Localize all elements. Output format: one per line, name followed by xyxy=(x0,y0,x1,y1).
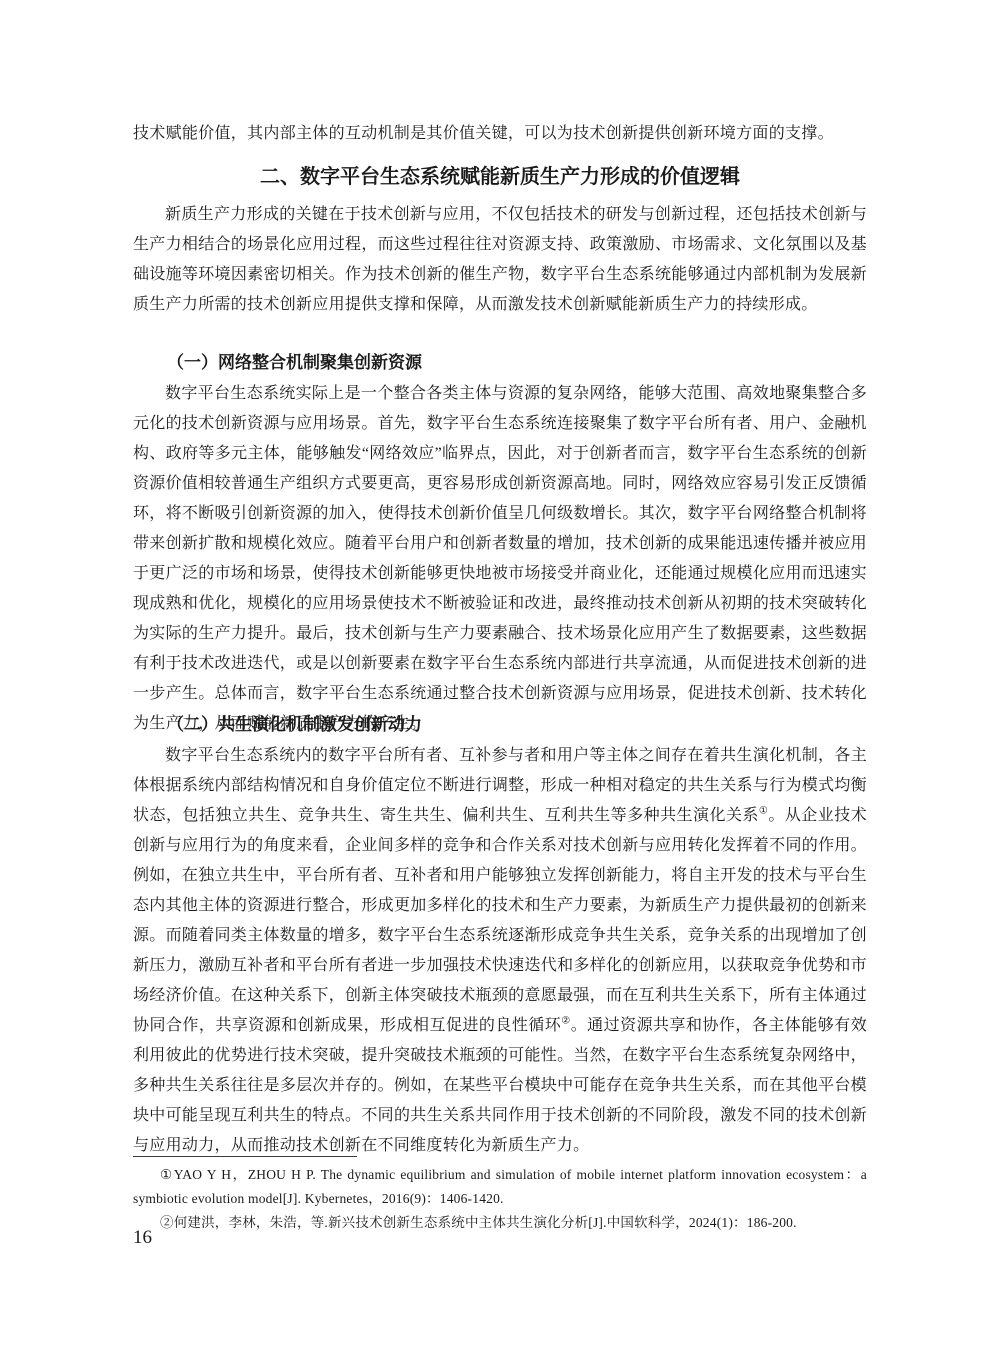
chapter-heading: 二、数字平台生态系统赋能新质生产力形成的价值逻辑 xyxy=(133,162,867,192)
intro-paragraph: 新质生产力形成的关键在于技术创新与应用，不仅包括技术的研发与创新过程，还包括技术… xyxy=(133,200,867,320)
footnote-marker: ② xyxy=(160,1215,174,1230)
page-number: 16 xyxy=(133,1226,152,1250)
paragraph-text: 数字平台生态系统内的数字平台所有者、互补参与者和用户等主体之间存在着共生演化机制… xyxy=(133,747,867,824)
paragraph-text: 。通过资源共享和协作，各主体能够有效利用彼此的优势进行技术突破，提升突破技术瓶颈… xyxy=(133,1017,867,1154)
paragraph-text: 。从企业技术创新与应用行为的角度来看，企业间多样的竞争和合作关系对技术创新与应用… xyxy=(133,807,867,1034)
footnote-reference-1: ① xyxy=(759,806,768,817)
section2-paragraph: 数字平台生态系统内的数字平台所有者、互补参与者和用户等主体之间存在着共生演化机制… xyxy=(133,741,867,1161)
document-page: 技术赋能价值，其内部主体的互动机制是其价值关键，可以为技术创新提供创新环境方面的… xyxy=(0,0,1000,1347)
footnote-marker: ① xyxy=(160,1167,174,1182)
section1-heading: （一）网络整合机制聚集创新资源 xyxy=(133,348,867,378)
section1-paragraph: 数字平台生态系统实际上是一个整合各类主体与资源的复杂网络，能够大范围、高效地聚集… xyxy=(133,379,867,739)
footnotes-block: ①YAO Y H，ZHOU H P. The dynamic equilibri… xyxy=(133,1163,867,1235)
footnote-text: YAO Y H，ZHOU H P. The dynamic equilibriu… xyxy=(133,1167,867,1206)
section2-heading: （二）共生演化机制激发创新动力 xyxy=(133,710,867,740)
footnote-item: ①YAO Y H，ZHOU H P. The dynamic equilibri… xyxy=(133,1163,867,1211)
footnote-divider-line xyxy=(133,1156,357,1157)
footnote-reference-2: ② xyxy=(561,1016,570,1027)
continuation-paragraph-line: 技术赋能价值，其内部主体的互动机制是其价值关键，可以为技术创新提供创新环境方面的… xyxy=(133,119,867,149)
footnote-text: 何建洪，李林，朱浩，等.新兴技术创新生态系统中主体共生演化分析[J].中国软科学… xyxy=(174,1215,797,1230)
footnote-item: ②何建洪，李林，朱浩，等.新兴技术创新生态系统中主体共生演化分析[J].中国软科… xyxy=(133,1211,867,1235)
